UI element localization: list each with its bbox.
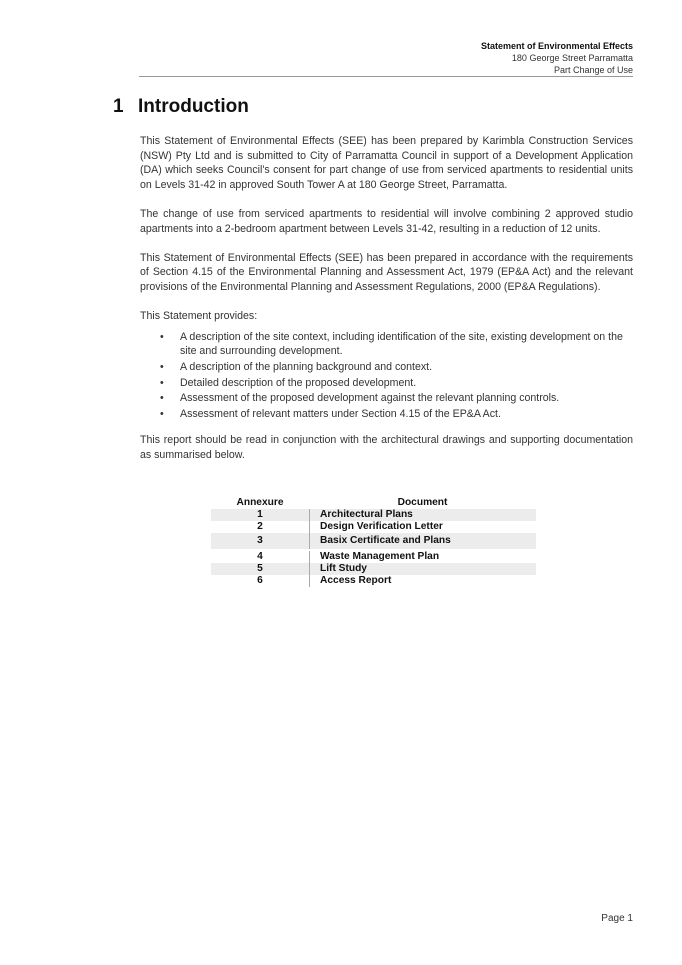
list-item: •A description of the planning backgroun…: [140, 360, 633, 375]
section-title: Introduction: [138, 96, 249, 117]
bullet-icon: •: [160, 376, 164, 391]
annexure-table: Annexure Document 1 Architectural Plans …: [211, 496, 536, 587]
header-address: 180 George Street Parramatta: [481, 52, 633, 64]
closing-paragraph: This report should be read in conjunctio…: [140, 433, 633, 462]
table-row: 3 Basix Certificate and Plans: [211, 533, 536, 549]
table-row: 6 Access Report: [211, 575, 536, 587]
list-item: •Assessment of the proposed development …: [140, 391, 633, 406]
table-header: Annexure Document: [211, 496, 536, 509]
column-header-document: Document: [309, 496, 536, 509]
bullet-icon: •: [160, 360, 164, 375]
bullet-list: •A description of the site context, incl…: [140, 330, 633, 422]
list-item: •A description of the site context, incl…: [140, 330, 633, 359]
list-item: •Assessment of relevant matters under Se…: [140, 407, 633, 422]
section-number: 1: [113, 96, 138, 118]
bullet-icon: •: [160, 407, 164, 422]
bullet-icon: •: [160, 330, 164, 345]
paragraph: This Statement of Environmental Effects …: [140, 134, 633, 192]
header-subtitle: Part Change of Use: [481, 64, 633, 76]
paragraph: This Statement of Environmental Effects …: [140, 251, 633, 295]
table-row: 4 Waste Management Plan: [211, 549, 536, 563]
section-heading: 1Introduction: [113, 96, 249, 118]
page-header: Statement of Environmental Effects 180 G…: [481, 40, 633, 76]
header-title: Statement of Environmental Effects: [481, 40, 633, 52]
paragraph: This Statement provides:: [140, 309, 633, 324]
bullet-icon: •: [160, 391, 164, 406]
body-text: This Statement of Environmental Effects …: [140, 134, 633, 477]
paragraph: The change of use from serviced apartmen…: [140, 207, 633, 236]
header-divider: [139, 76, 633, 77]
table-row: 1 Architectural Plans: [211, 509, 536, 521]
table-row: 2 Design Verification Letter: [211, 521, 536, 533]
table-row: 5 Lift Study: [211, 563, 536, 575]
list-item: •Detailed description of the proposed de…: [140, 376, 633, 391]
page-number: Page 1: [601, 913, 633, 924]
column-header-annexure: Annexure: [211, 496, 309, 509]
